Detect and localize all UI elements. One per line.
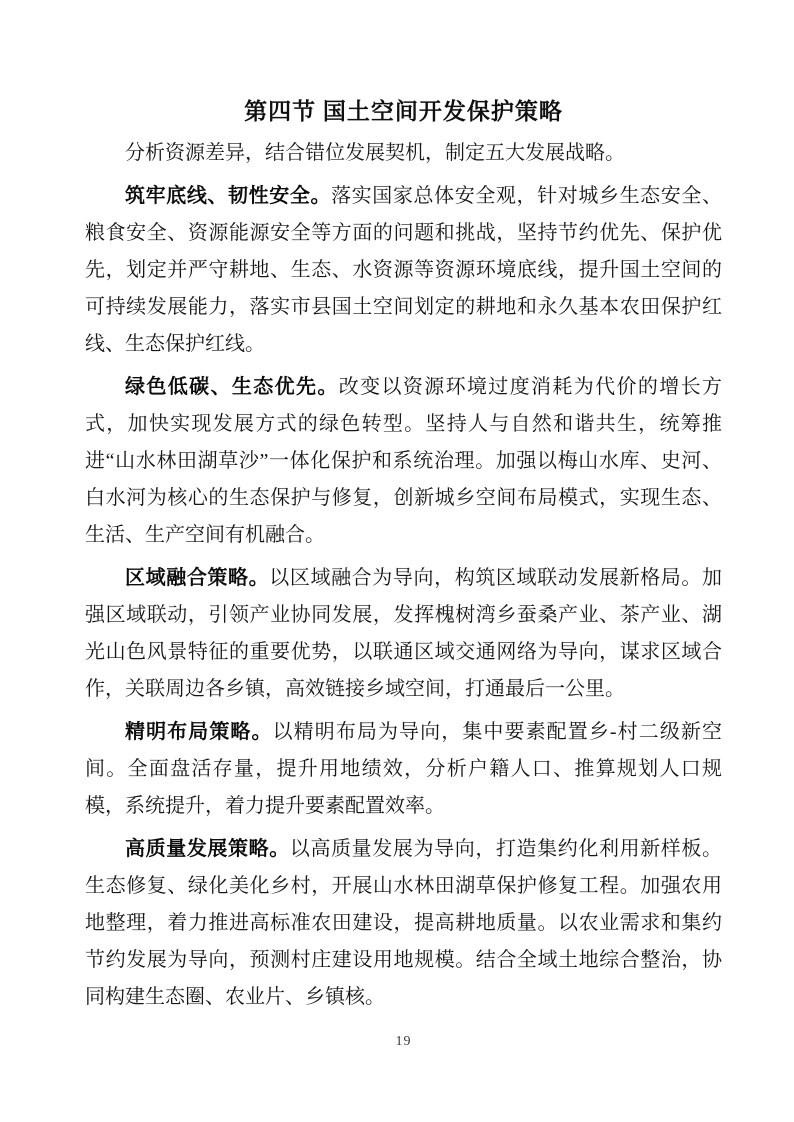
strategy-paragraph: 区域融合策略。以区域融合为导向，构筑区域联动发展新格局。加强区域联动，引领产业协…	[85, 560, 722, 708]
strategy-paragraph: 绿色低碳、生态优先。改变以资源环境过度消耗为代价的增长方式，加快实现发展方式的绿…	[85, 369, 722, 554]
strategy-lead: 绿色低碳、生态优先。	[125, 376, 339, 398]
strategy-body-text: 落实国家总体安全观，针对城乡生态安全、粮食安全、资源能源安全等方面的问题和挑战，…	[85, 185, 722, 355]
strategy-lead: 区域融合策略。	[125, 567, 269, 589]
section-title: 第四节 国土空间开发保护策略	[85, 97, 722, 127]
strategy-lead: 精明布局策略。	[125, 721, 273, 743]
strategy-paragraph: 筑牢底线、韧性安全。落实国家总体安全观，针对城乡生态安全、粮食安全、资源能源安全…	[85, 178, 722, 363]
strategy-body-text: 改变以资源环境过度消耗为代价的增长方式，加快实现发展方式的绿色转型。坚持人与自然…	[85, 376, 722, 546]
strategy-paragraph: 精明布局策略。以精明布局为导向，集中要素配置乡-村二级新空间。全面盘活存量，提升…	[85, 714, 722, 825]
strategy-paragraph: 高质量发展策略。以高质量发展为导向，打造集约化利用新样板。生态修复、绿化美化乡村…	[85, 831, 722, 1016]
strategy-lead: 高质量发展策略。	[125, 838, 290, 860]
page-number: 19	[85, 1034, 722, 1050]
strategy-lead: 筑牢底线、韧性安全。	[125, 185, 331, 207]
strategy-body-text: 以高质量发展为导向，打造集约化利用新样板。生态修复、绿化美化乡村，开展山水林田湖…	[85, 838, 722, 1008]
document-body: 分析资源差异，结合错位发展契机，制定五大发展战略。 筑牢底线、韧性安全。落实国家…	[85, 135, 722, 1016]
intro-paragraph: 分析资源差异，结合错位发展契机，制定五大发展战略。	[85, 135, 722, 172]
document-page: 第四节 国土空间开发保护策略 分析资源差异，结合错位发展契机，制定五大发展战略。…	[0, 0, 794, 1122]
